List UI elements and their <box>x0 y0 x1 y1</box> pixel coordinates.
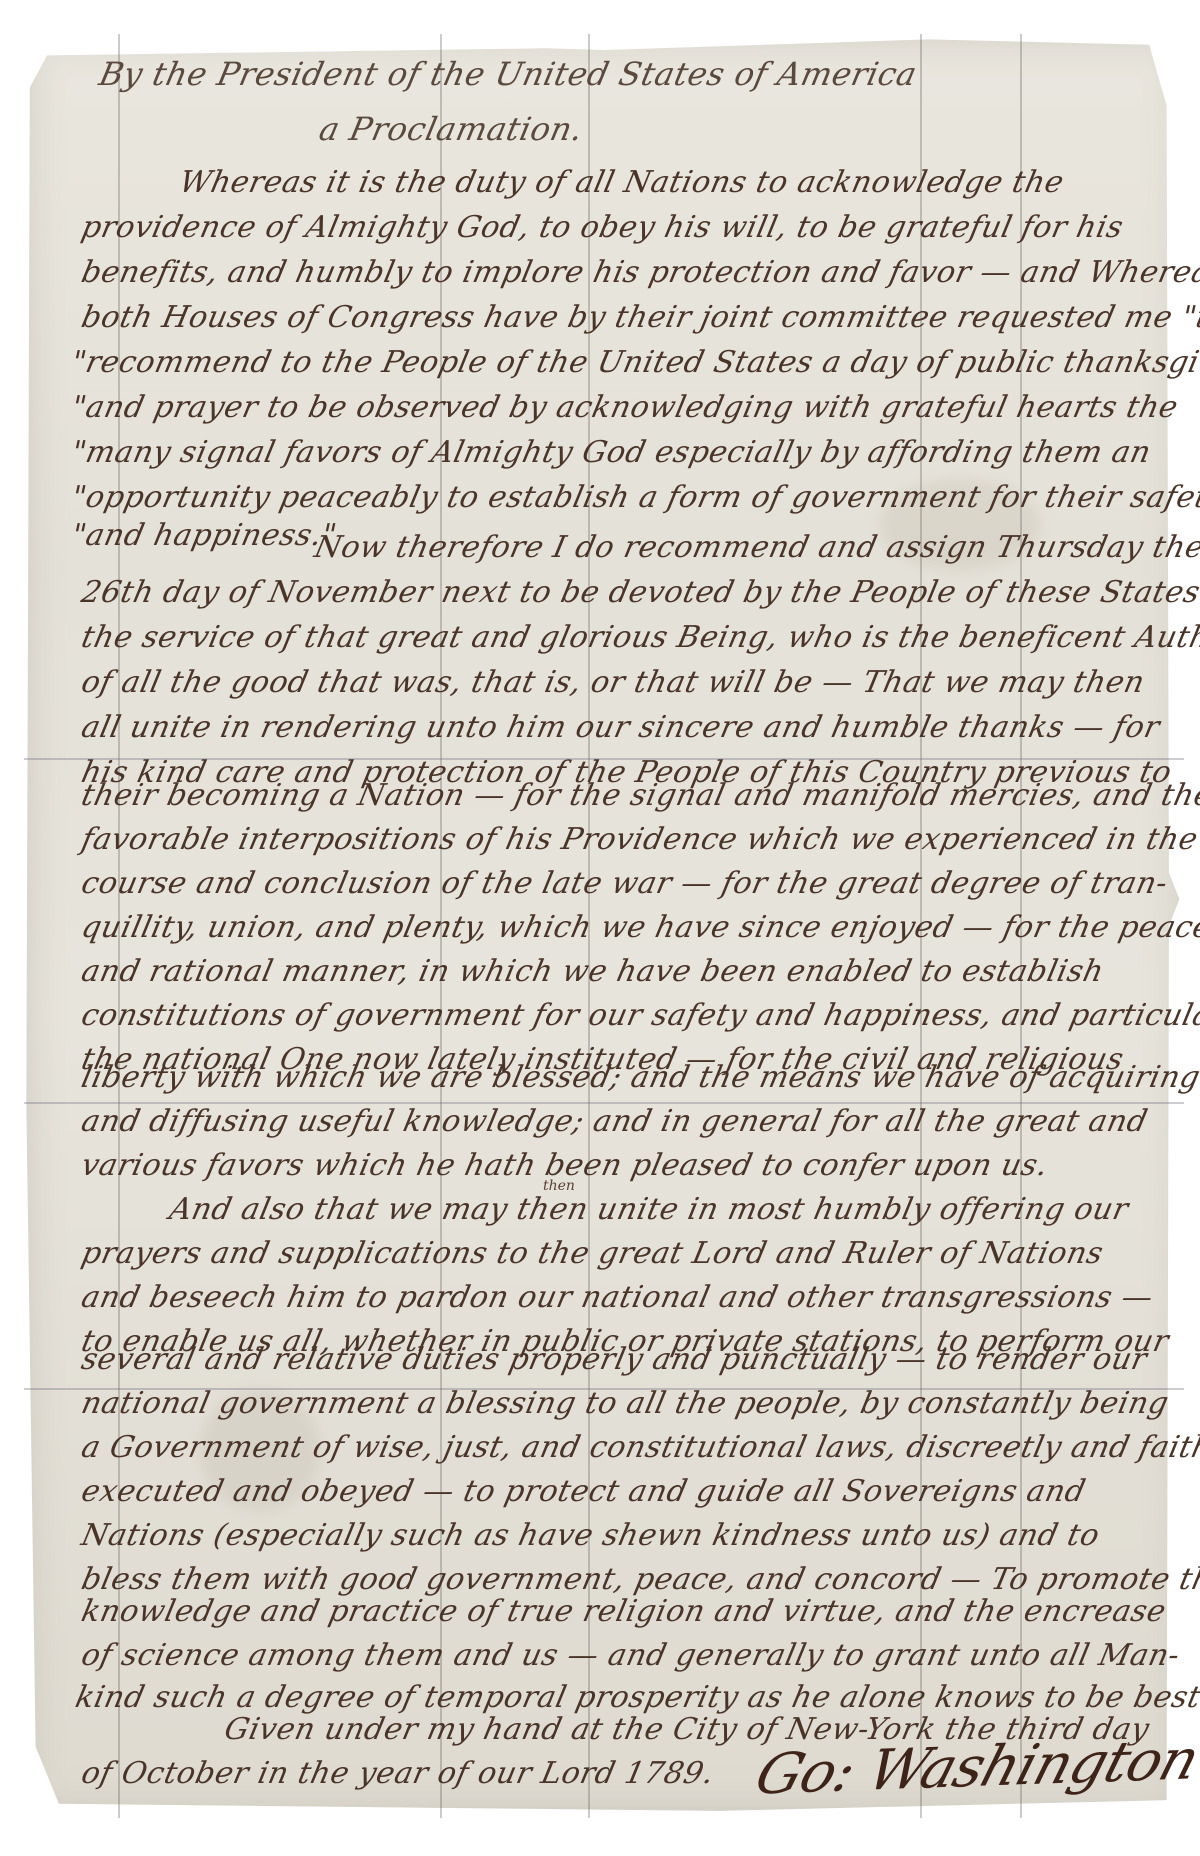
text-line: the service of that great and glorious B… <box>78 620 1200 655</box>
text-line: and beseech him to pardon our national a… <box>78 1280 1156 1315</box>
text-line: favorable interpositions of his Providen… <box>78 822 1200 857</box>
text-line: knowledge and practice of true religion … <box>78 1594 1169 1629</box>
text-line: constitutions of government for our safe… <box>78 998 1200 1033</box>
text-line: kind such a degree of temporal prosperit… <box>72 1680 1200 1715</box>
text-line: all unite in rendering unto him our sinc… <box>78 710 1163 745</box>
text-line: "recommend to the People of the United S… <box>68 345 1200 380</box>
text-line: of October in the year of our Lord 1789. <box>78 1756 717 1791</box>
text-line: national government a blessing to all th… <box>78 1386 1172 1421</box>
text-line: Now therefore I do recommend and assign … <box>311 530 1200 565</box>
text-line: benefits, and humbly to implore his prot… <box>78 255 1200 290</box>
text-line: their becoming a Nation — for the signal… <box>78 778 1200 813</box>
text-line: "opportunity peaceably to establish a fo… <box>68 480 1200 515</box>
text-line: course and conclusion of the late war — … <box>78 866 1171 901</box>
document-heading: By the President of the United States of… <box>96 55 920 93</box>
text-line: "and happiness." <box>68 518 340 553</box>
text-line: several and relative duties properly and… <box>78 1342 1150 1377</box>
text-line: executed and obeyed — to protect and gui… <box>78 1474 1089 1509</box>
text-line: and diffusing useful knowledge; and in g… <box>78 1104 1150 1139</box>
text-line: providence of Almighty God, to obey his … <box>78 210 1126 245</box>
text-line: a Government of wise, just, and constitu… <box>78 1430 1200 1465</box>
text-line: Whereas it is the duty of all Nations to… <box>176 165 1067 200</box>
text-line: prayers and supplications to the great L… <box>78 1236 1106 1271</box>
text-line: 26th day of November next to be devoted … <box>78 575 1200 610</box>
text-line: of science among them and us — and gener… <box>78 1638 1183 1673</box>
text-line: "many signal favors of Almighty God espe… <box>68 435 1154 470</box>
text-line: bless them with good government, peace, … <box>78 1562 1200 1597</box>
text-line: of all the good that was, that is, or th… <box>78 665 1148 700</box>
text-line: and rational manner, in which we have be… <box>78 954 1107 989</box>
text-line: "and prayer to be observed by acknowledg… <box>68 390 1181 425</box>
text-line: And also that we may then unite in most … <box>166 1192 1131 1227</box>
text-line: Nations (especially such as have shewn k… <box>78 1518 1102 1553</box>
document-subheading: a Proclamation. <box>316 110 587 148</box>
text-line: both Houses of Congress have by their jo… <box>78 300 1200 335</box>
text-line: quillity, union, and plenty, which we ha… <box>78 910 1200 945</box>
text-line: liberty with which we are blessed; and t… <box>78 1060 1200 1095</box>
